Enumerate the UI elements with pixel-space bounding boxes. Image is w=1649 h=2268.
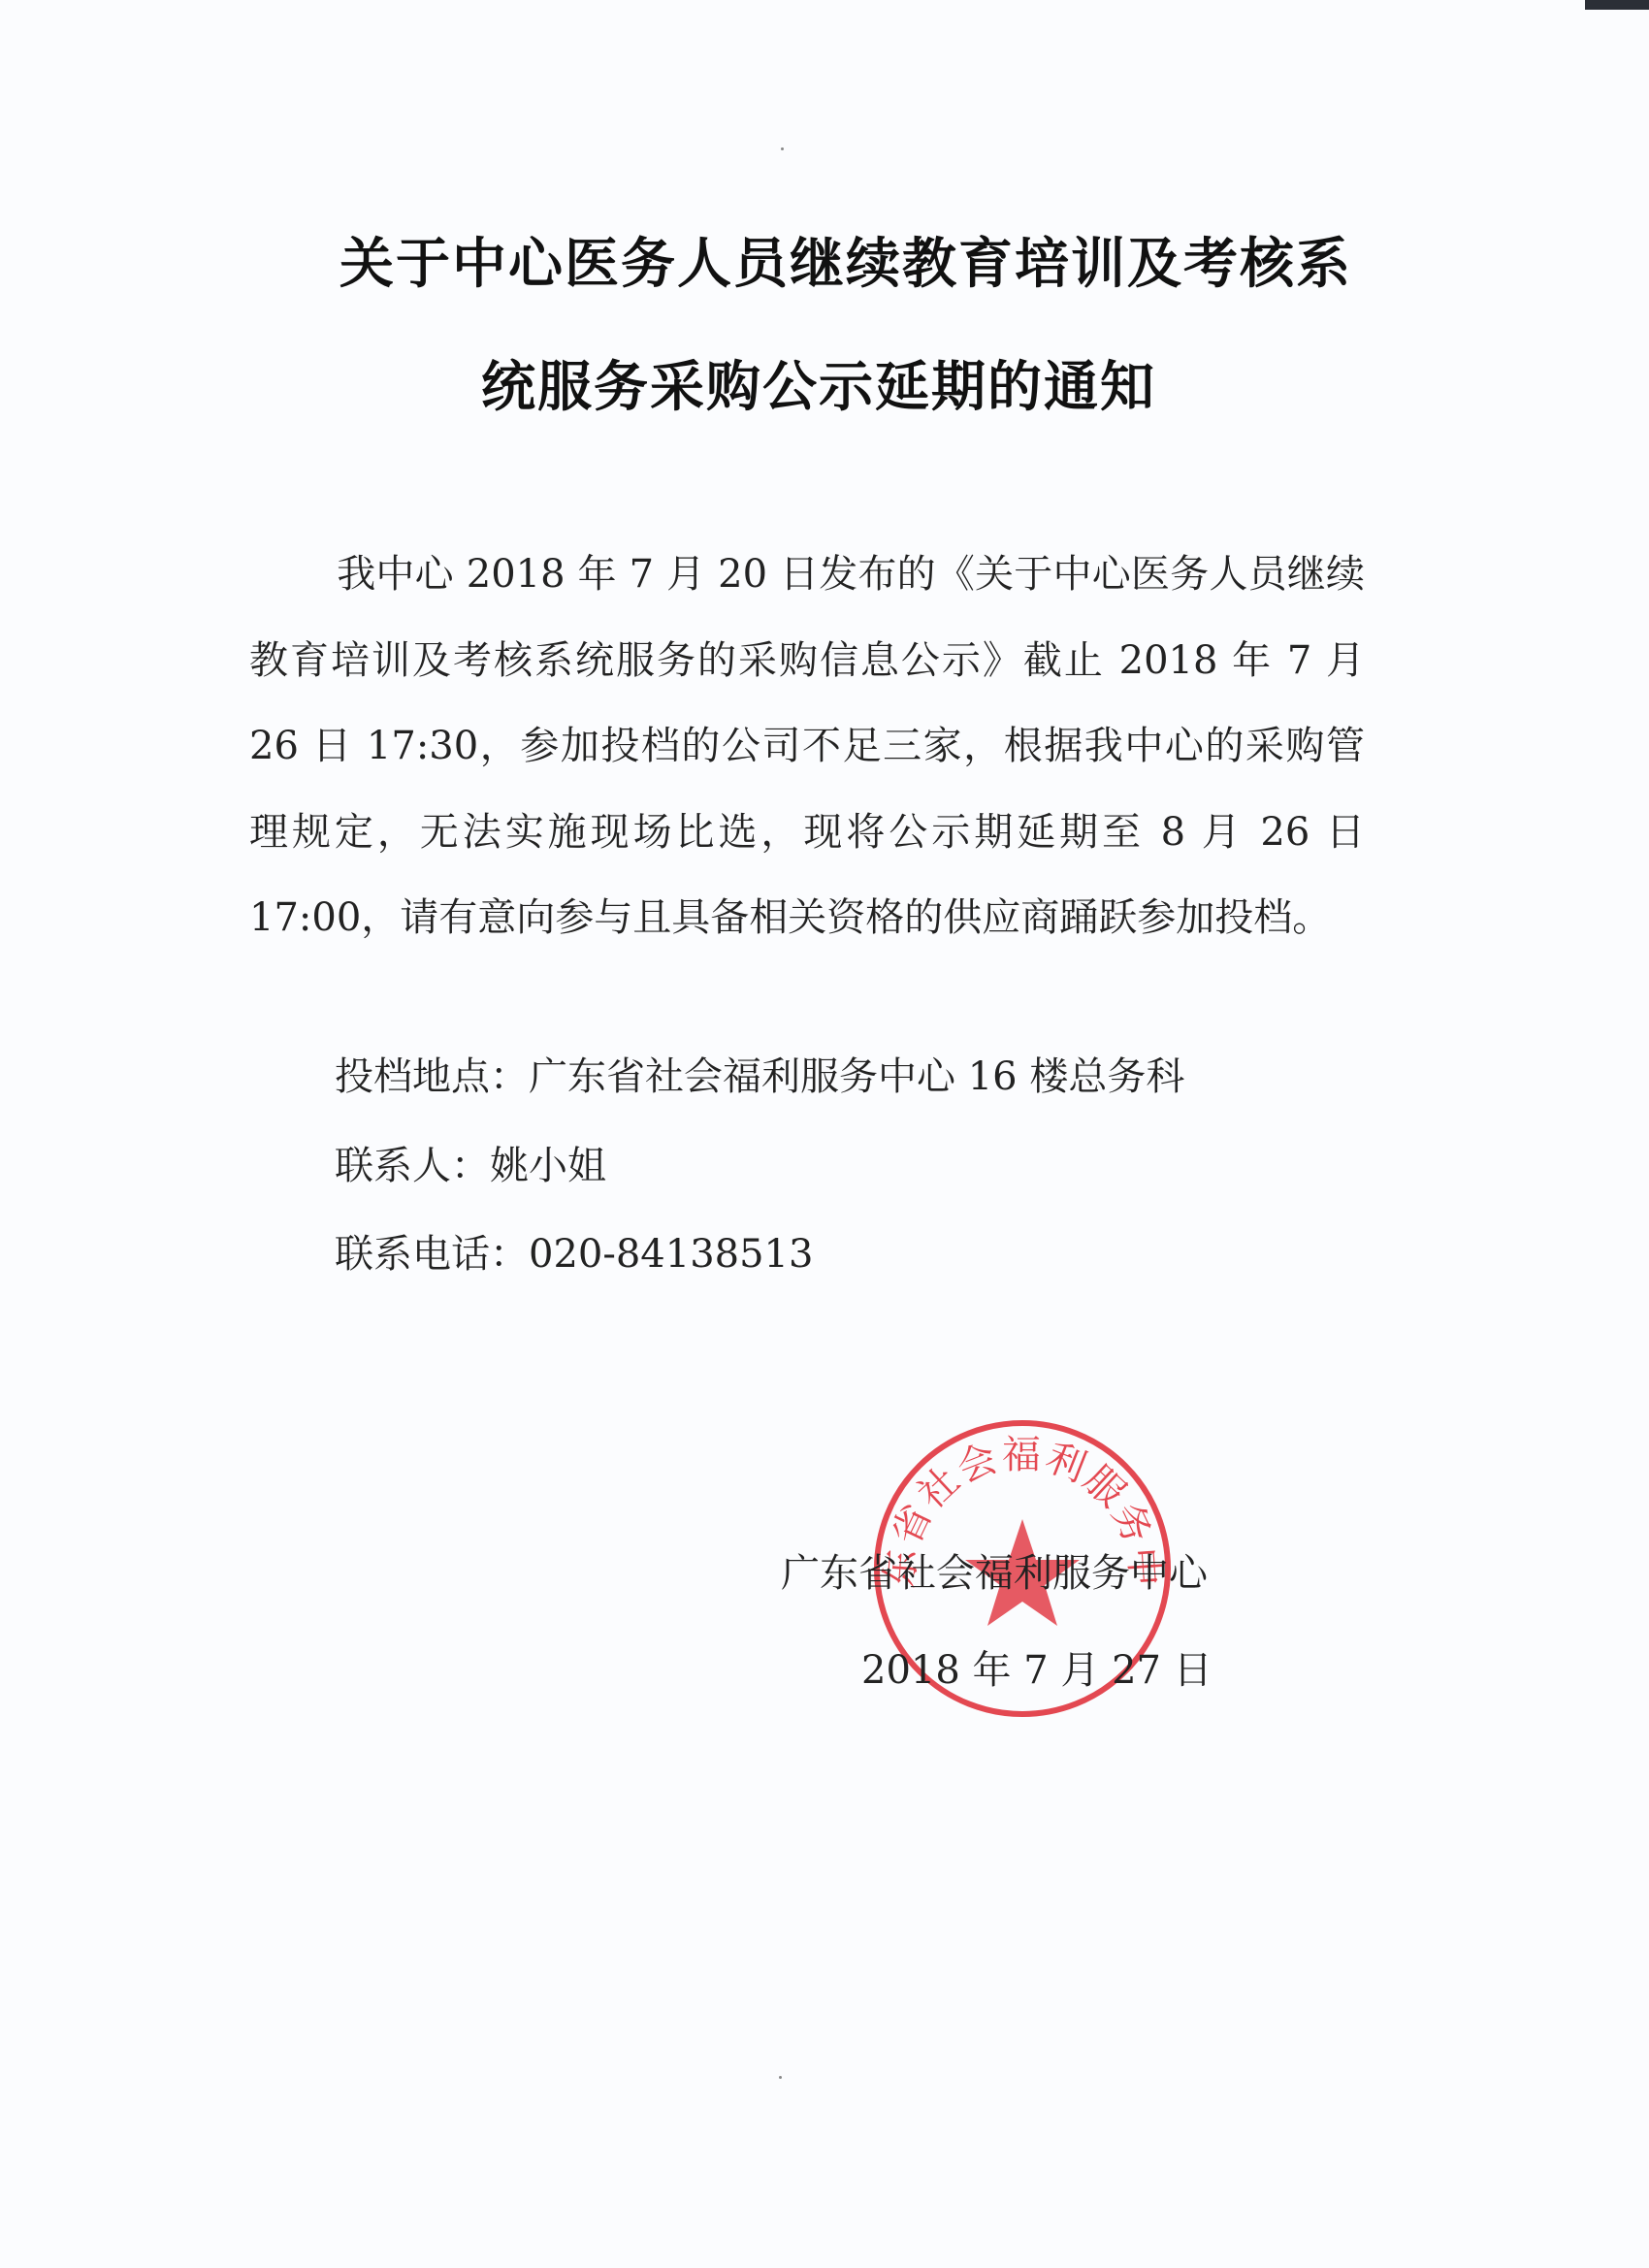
contact-person: 联系人：姚小姐	[335, 1135, 606, 1190]
scan-speck	[779, 2076, 782, 2079]
signature-organization: 广东省社会福利服务中心	[781, 1542, 1208, 1598]
document-title-line-1: 关于中心医务人员继续教育培训及考核系	[21, 221, 1649, 299]
scan-edge	[1585, 0, 1649, 10]
contact-phone: 联系电话：020-84138513	[335, 1223, 813, 1279]
document-title-line-2: 统服务采购公示延期的通知	[0, 344, 1643, 422]
body-paragraph-text: 我中心 2018 年 7 月 20 日发布的《关于中心医务人员继续教育培训及考核…	[249, 552, 1365, 940]
submission-location: 投档地点：广东省社会福利服务中心 16 楼总务科	[335, 1046, 1184, 1101]
scan-speck	[781, 147, 784, 150]
signature-date: 2018 年 7 月 27 日	[861, 1639, 1212, 1695]
body-paragraph: 我中心 2018 年 7 月 20 日发布的《关于中心医务人员继续教育培训及考核…	[249, 532, 1365, 961]
